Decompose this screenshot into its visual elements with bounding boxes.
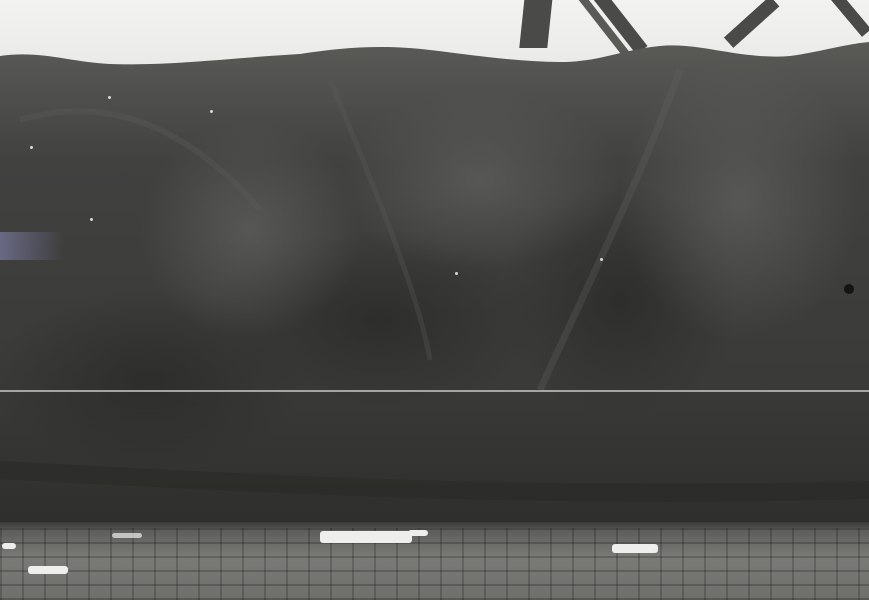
paper-debris [408, 530, 428, 536]
paper-debris [320, 531, 412, 543]
dust-speck [600, 258, 603, 261]
dust-speck [210, 110, 213, 113]
dust-speck [90, 218, 93, 221]
paper-debris [2, 543, 16, 549]
dust-speck [30, 146, 33, 149]
paper-debris [612, 544, 658, 553]
light-leak [0, 232, 64, 260]
dust-speck [108, 96, 111, 99]
paper-debris [28, 566, 68, 574]
tarpaulin [0, 0, 869, 600]
dust-speck [455, 272, 458, 275]
dust-spot [844, 284, 854, 294]
photograph: Black-and-white photograph of a large da… [0, 0, 869, 600]
paper-debris [112, 533, 142, 538]
cobblestone-pavement [0, 528, 869, 600]
rope-line [0, 390, 869, 392]
